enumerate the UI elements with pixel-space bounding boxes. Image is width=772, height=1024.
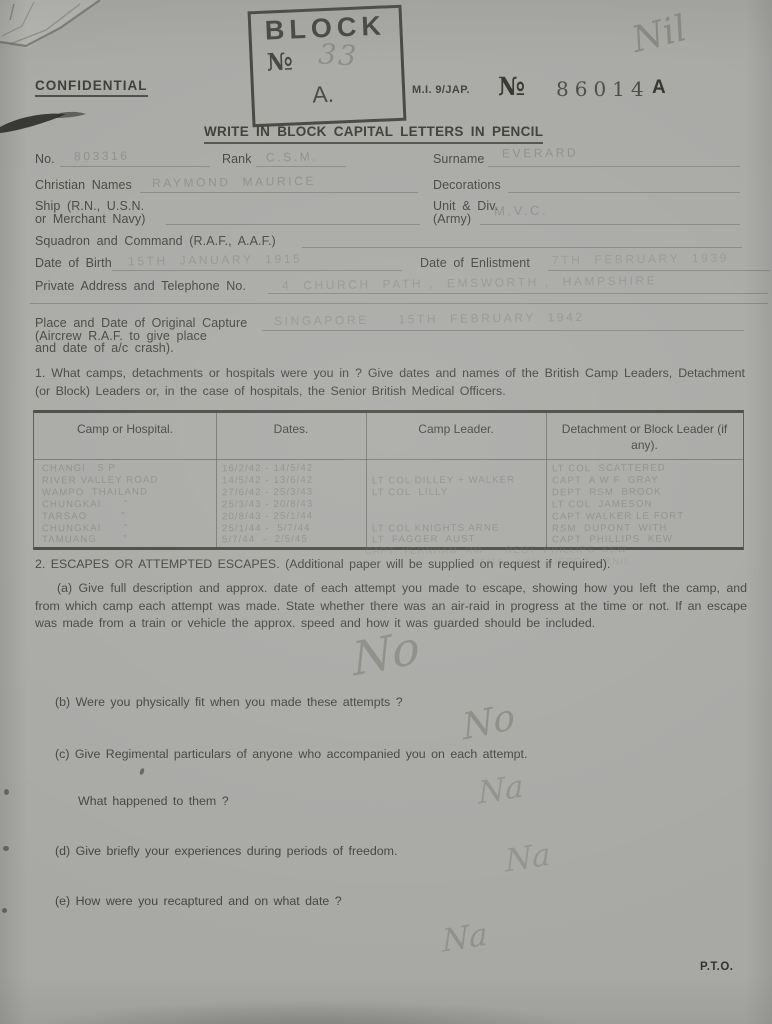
field-line <box>548 270 770 271</box>
cell-dates: 25/1/44 - 5/7/44 <box>222 523 311 535</box>
field-line <box>302 247 742 248</box>
table-header-camp: Camp or Hospital. <box>34 422 216 438</box>
question-2e-text: (e) How were you recaptured and on what … <box>55 893 342 911</box>
ink-speck <box>3 846 9 851</box>
ink-speck <box>2 908 7 913</box>
field-line <box>268 293 768 294</box>
field-line <box>508 192 740 193</box>
table-row: CHANGI S P 16/2/42 - 14/5/42 LT COL SCAT… <box>34 463 743 475</box>
cell-camp: TAMUANG ” <box>42 534 128 546</box>
table-header-detachment: Detachment or Block Leader (if any). <box>546 422 743 453</box>
field-line <box>262 330 744 331</box>
cell-detachment: DEPT RSM BROOK <box>552 487 662 499</box>
ink-speck <box>139 768 145 776</box>
field-line <box>60 166 210 167</box>
question-2c-text: (c) Give Regimental particulars of anyon… <box>55 746 527 764</box>
cell-dates: 20/8/43 - 25/1/44 <box>222 511 313 523</box>
handwritten-answer-b: No <box>460 696 516 748</box>
cell-camp: CHUNGKAI ” <box>42 499 128 511</box>
paper-crease-and-ink-smudge <box>0 0 150 150</box>
field-christian-names-value: RAYMOND MAURICE <box>152 174 316 190</box>
numero-sign: № <box>498 72 525 101</box>
field-address-label: Private Address and Telephone No. <box>35 279 246 293</box>
cell-camp: WAMPO THAILAND <box>42 487 148 499</box>
field-line <box>488 166 740 167</box>
ink-speck <box>4 789 9 795</box>
cell-detachment: CAPT A W F GRAY <box>552 475 659 487</box>
field-decorations-label: Decorations <box>433 178 501 192</box>
field-line <box>30 303 768 304</box>
cell-leader: LT COL DILLEY + WALKER <box>372 475 515 487</box>
table-row: TARSAO ” 20/8/43 - 25/1/44 CAPT WALKER L… <box>34 511 743 523</box>
cell-camp: CHUNGKAI ” <box>42 523 128 535</box>
table-overflow-handwriting: CAPT VERNHAM RM REGT PHILLIPS KEW <box>365 544 627 557</box>
question-2-heading: 2. ESCAPES OR ATTEMPTED ESCAPES. (Additi… <box>35 556 743 574</box>
field-unit-label: Unit & Div. <box>433 199 498 213</box>
cell-detachment: LT COL JAMESON <box>552 499 653 511</box>
cell-camp: TARSAO ” <box>42 511 126 523</box>
question-2d-text: (d) Give briefly your experiences during… <box>55 843 397 861</box>
field-capture-label-3: and date of a/c crash). <box>35 341 174 355</box>
handwritten-answer-c: Na <box>477 768 524 811</box>
block-number-stamp: BLOCK № 33 A. <box>248 5 407 128</box>
field-capture-value: SINGAPORE 15TH FEBRUARY 1942 <box>274 310 585 328</box>
field-no-value: 803316 <box>74 149 130 164</box>
table-row: TAMUANG ” 5/7/44 - 2/5/45 LT FAGGER AUST… <box>34 534 743 546</box>
handwritten-answer-d: Na <box>504 836 551 879</box>
question-2b-text: (b) Were you physically fit when you mad… <box>55 694 403 712</box>
field-line <box>112 270 402 271</box>
scanned-questionnaire-page: CONFIDENTIAL BLOCK № 33 A. M.I. 9/JAP. №… <box>0 0 772 1024</box>
cell-dates: 5/7/44 - 2/5/45 <box>222 534 308 546</box>
form-reference: M.I. 9/JAP. <box>412 84 470 96</box>
table-header-leader: Camp Leader. <box>366 422 546 438</box>
table-row: WAMPO THAILAND 27/6/42 - 25/3/43 LT COL … <box>34 487 743 499</box>
cell-detachment: LT COL SCATTERED <box>552 463 666 475</box>
table-row: RIVER VALLEY ROAD 14/5/42 - 13/6/42 LT C… <box>34 475 743 487</box>
cell-leader: LT COL LILLY <box>372 487 448 499</box>
field-christian-names-label: Christian Names <box>35 178 132 192</box>
cell-dates: 25/3/43 - 20/8/43 <box>222 499 313 511</box>
field-dob-value: 15TH JANUARY 1915 <box>128 252 303 268</box>
field-enlistment-label: Date of Enlistment <box>420 256 530 270</box>
field-ship-label: Ship (R.N., U.S.N. <box>35 199 144 213</box>
cell-dates: 14/5/42 - 13/6/42 <box>222 475 313 487</box>
field-unit-value: M.V.C. <box>494 203 548 219</box>
pto-marking: P.T.O. <box>700 961 733 973</box>
stamp-numero-sign: № <box>266 46 293 76</box>
field-enlistment-value: 7TH FEBRUARY 1939 <box>552 251 729 267</box>
field-squadron-label: Squadron and Command (R.A.F., A.A.F.) <box>35 234 276 248</box>
instruction-heading: WRITE IN BLOCK CAPITAL LETTERS IN PENCIL <box>204 124 543 144</box>
field-line <box>480 224 740 225</box>
cell-leader: LT FAGGER AUST <box>372 534 476 546</box>
handwritten-answer-e: Na <box>441 916 488 959</box>
table-header-dates: Dates. <box>216 422 366 438</box>
field-line <box>256 166 346 167</box>
question-1-text: 1. What camps, detachments or hospitals … <box>35 365 745 400</box>
question-2c-sub-text: What happened to them ? <box>78 793 229 811</box>
field-rank-label: Rank <box>222 152 252 166</box>
cell-detachment: RSM DUPONT WITH <box>552 523 668 535</box>
table-header-divider <box>34 459 743 460</box>
field-line <box>140 192 418 193</box>
field-surname-value: EVERARD <box>502 145 578 160</box>
field-capture-label: Place and Date of Original Capture <box>35 316 247 330</box>
cell-dates: 16/2/42 - 14/5/42 <box>222 463 313 475</box>
field-ship-label-2: or Merchant Navy) <box>35 212 146 226</box>
camps-table: Camp or Hospital. Dates. Camp Leader. De… <box>33 410 744 550</box>
nil-annotation: Nil <box>628 8 691 61</box>
field-line <box>166 224 420 225</box>
field-address-value: 4 CHURCH PATH , EMSWORTH , HAMPSHIRE <box>282 273 658 292</box>
table-row: CHUNGKAI ” 25/3/43 - 20/8/43 LT COL JAME… <box>34 499 743 511</box>
cell-dates: 27/6/42 - 25/3/43 <box>222 487 313 499</box>
field-rank-value: C.S.M. <box>266 150 318 165</box>
cell-detachment: CAPT WALKER LE FORT <box>552 511 684 523</box>
stamp-handwritten-number: 33 <box>318 37 360 72</box>
field-no-label: No. <box>35 152 55 166</box>
handwritten-answer-a: No <box>350 619 421 686</box>
field-unit-label-2: (Army) <box>433 212 471 226</box>
cell-camp: CHANGI S P <box>42 463 116 475</box>
stamp-series-letter: A. <box>312 81 335 109</box>
field-dob-label: Date of Birth <box>35 256 112 270</box>
series-letter: A <box>652 77 666 99</box>
serial-number: 86014 <box>556 77 650 101</box>
cell-camp: RIVER VALLEY ROAD <box>42 475 159 487</box>
cell-leader: LT COL KNIGHTS ARNE <box>372 523 499 535</box>
field-surname-label: Surname <box>433 152 484 166</box>
